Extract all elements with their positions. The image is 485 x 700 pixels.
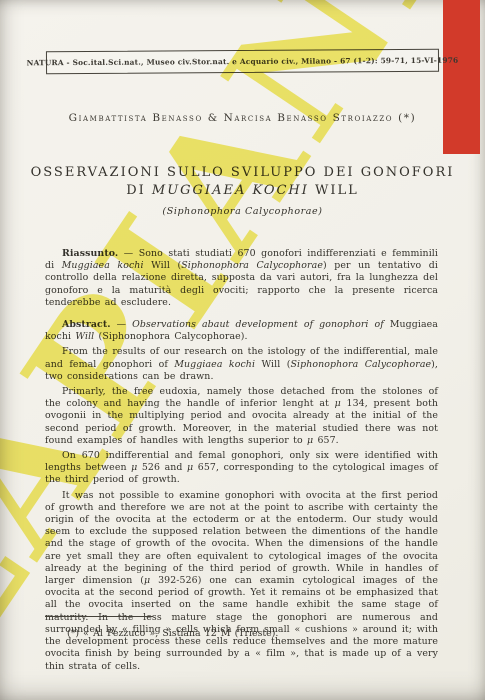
text-run: Will ( [144,260,182,271]
abstract-paragraph: Abstract. — Observations abaut developme… [45,319,438,343]
text-run: MUGGIAEA KOCHI [152,183,309,198]
text-run: Siphonophora Calycophorae [291,359,432,370]
riassunto-paragraph: Riassunto. — Sono stati studiati 670 gon… [45,248,438,309]
article-title-line2: DI MUGGIAEA KOCHI WILL [0,182,485,200]
body-paragraph: From the results of our research on the … [45,346,438,383]
body-paragraph: On 670 indifferential and femal gonophor… [45,450,438,487]
text-run: Siphonophora Calycophorae [181,260,323,271]
text-run: Riassunto. [62,248,118,259]
text-run: 392-526) one can examin cytological imag… [45,575,438,671]
text-run: (Siphonophora Calycophorae). [94,331,247,342]
article-title: OSSERVAZIONI SULLO SVILUPPO DEI GONOFORI… [0,164,485,200]
text-run: Observations abaut development of gonoph… [132,319,390,330]
text-run: 526 and [137,462,187,473]
authors-line: Giambattista Benasso & Narcisa Benasso S… [0,112,485,124]
text-run: Muggiaea kochi [62,260,144,271]
journal-header-box: NATURA - Soc.ital.Sci.nat., Museo civ.St… [46,49,439,74]
body-paragraph: It was not possible to examine gonophori… [45,490,438,673]
text-run: Muggiaea kochi [174,359,255,370]
red-stripe [443,0,480,154]
text-run: WILL [309,183,359,198]
text-run: Will [71,331,94,342]
text-run: It was not possible to examine gonophori… [45,490,438,586]
footnote-text: (*) « Al Pezzuco », Sistiana 12 M (Tries… [45,628,438,640]
scanned-page: NATURA - Soc.ital.Sci.nat., Museo civ.St… [0,0,485,700]
text-run: DI [126,183,152,198]
text-run: — [111,319,132,330]
text-run: Abstract. [62,319,111,330]
text-run: Will ( [255,359,290,370]
footnote-rule [45,616,153,617]
body-paragraph: Primarly, the free eudoxia, namely those… [45,386,438,447]
article-body: Riassunto. — Sono stati studiati 670 gon… [45,248,438,676]
article-title-line1: OSSERVAZIONI SULLO SVILUPPO DEI GONOFORI [0,164,485,182]
article-subtitle: (Siphonophora Calycophorae) [0,206,485,217]
text-run: 657. [313,435,339,446]
journal-header-text: NATURA - Soc.ital.Sci.nat., Museo civ.St… [27,56,459,68]
